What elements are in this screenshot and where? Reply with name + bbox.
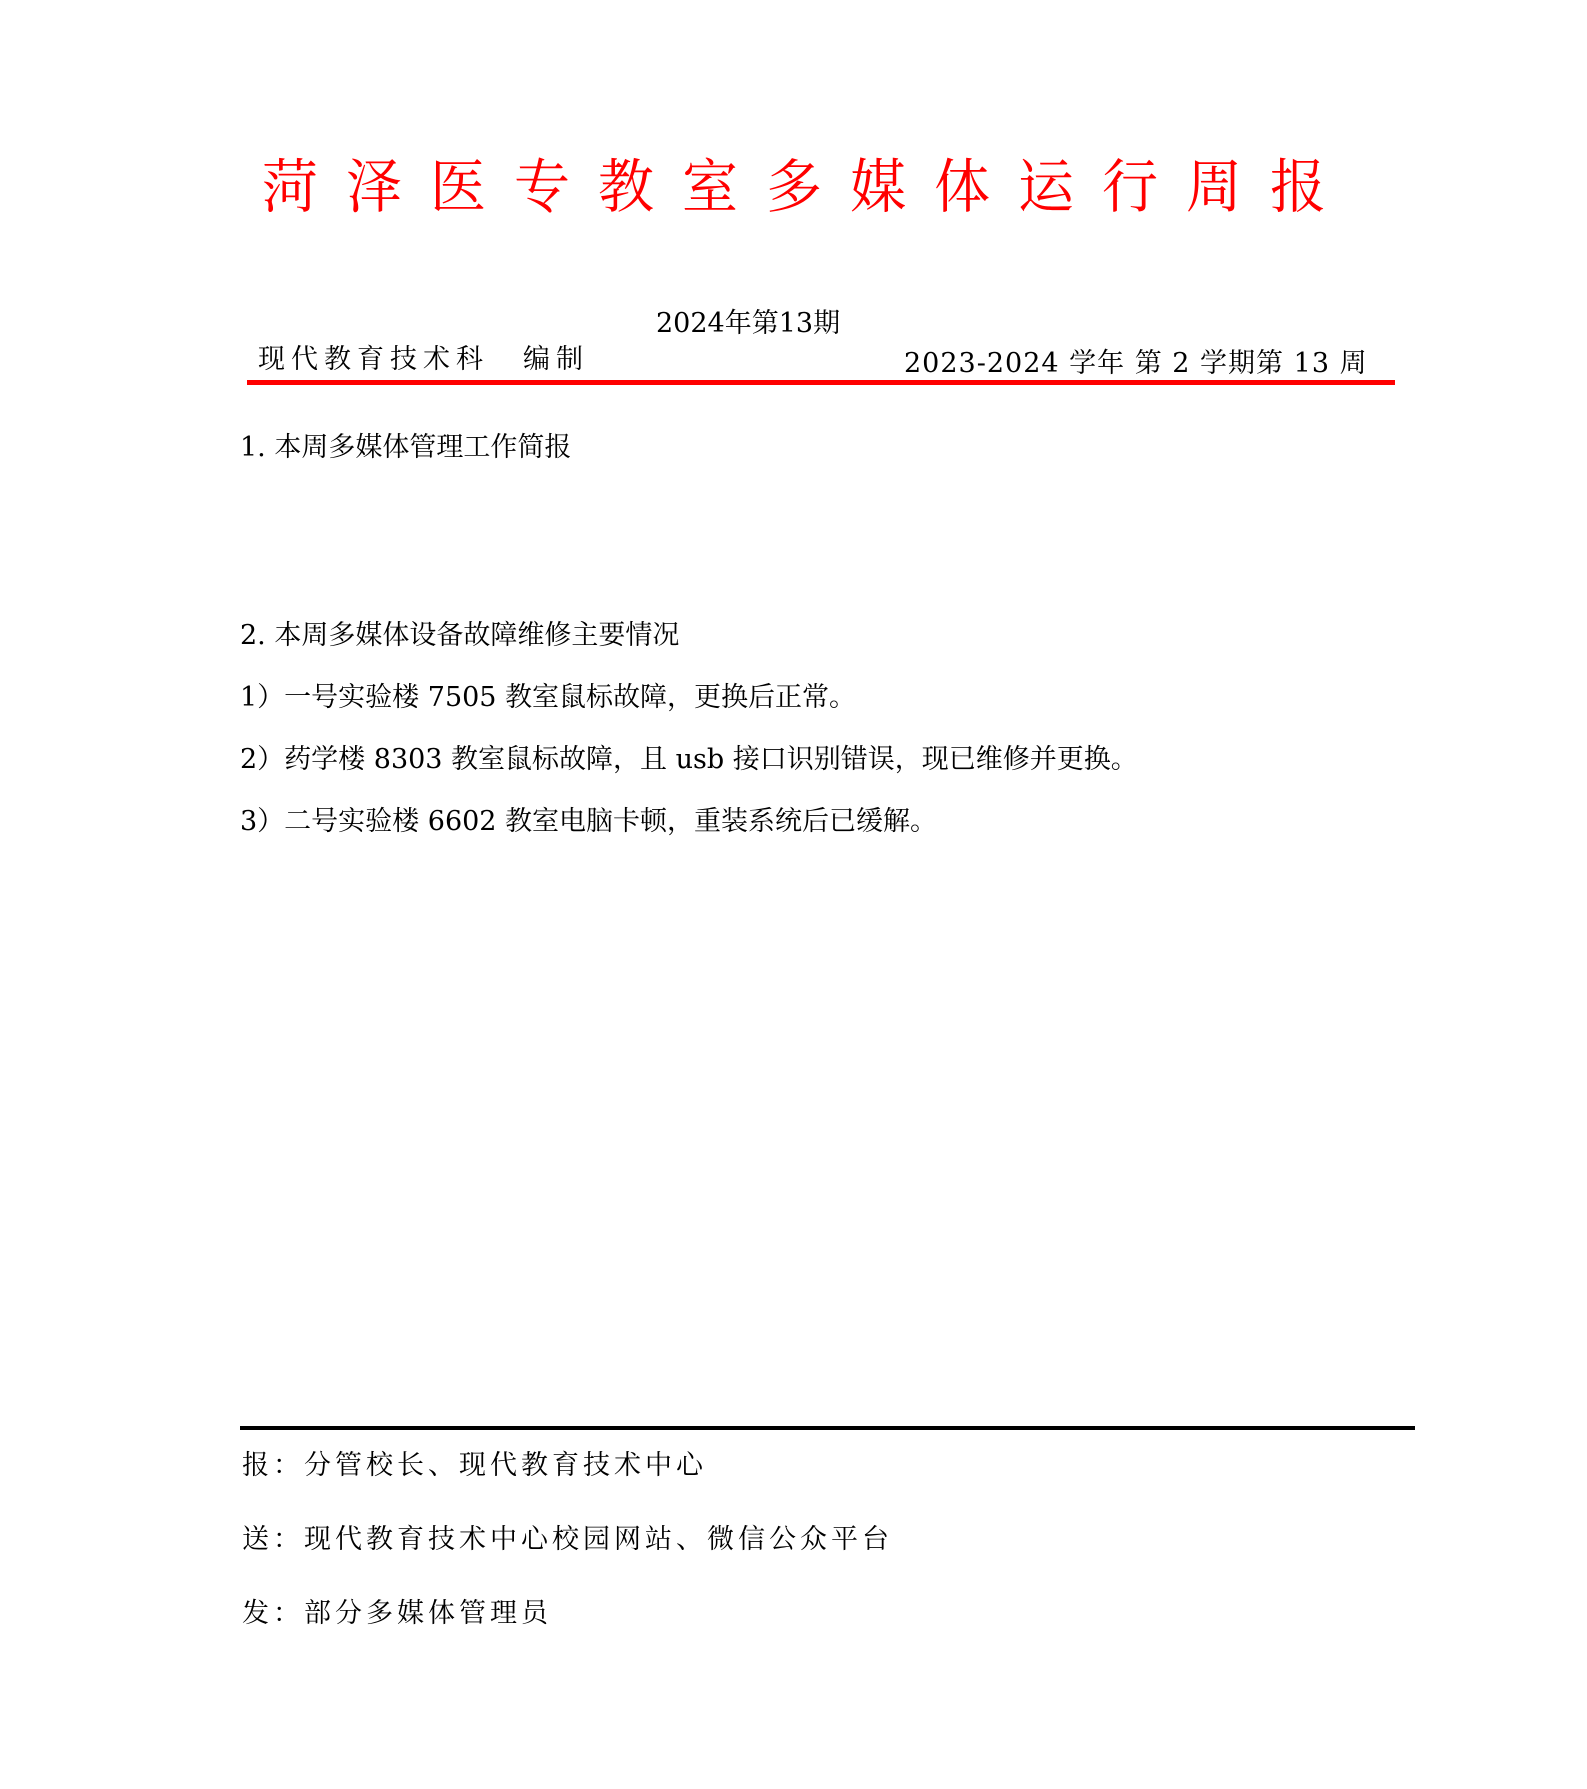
issue-number: 2024年第13期 [656,306,840,342]
send-to: 送：现代教育技术中心校园网站、微信公众平台 [242,1520,893,1560]
footer-black-rule [240,1426,1415,1430]
compiler-line: 现代教育技术科编制 [258,342,589,378]
document-title: 菏泽医专教室多媒体运行周报 [262,148,1342,228]
repair-item: 2）药学楼 8303 教室鼠标故障，且 usb 接口识别错误，现已维修并更换。 [240,740,1138,780]
section-heading-repairs: 2. 本周多媒体设备故障维修主要情况 [240,616,679,656]
compiler-label: 编制 [523,344,589,375]
repair-item: 3）二号实验楼 6602 教室电脑卡顿，重装系统后已缓解。 [240,802,937,842]
distribute-to: 发：部分多媒体管理员 [242,1594,552,1634]
term-info: 2023-2024 学年 第 2 学期第 13 周 [904,346,1368,382]
repair-item: 1）一号实验楼 7505 教室鼠标故障，更换后正常。 [240,678,856,718]
section-heading-work-brief: 1. 本周多媒体管理工作简报 [240,428,571,468]
header-red-rule [247,380,1395,385]
compiler-department: 现代教育技术科 [258,344,489,375]
report-to: 报：分管校长、现代教育技术中心 [242,1446,707,1486]
